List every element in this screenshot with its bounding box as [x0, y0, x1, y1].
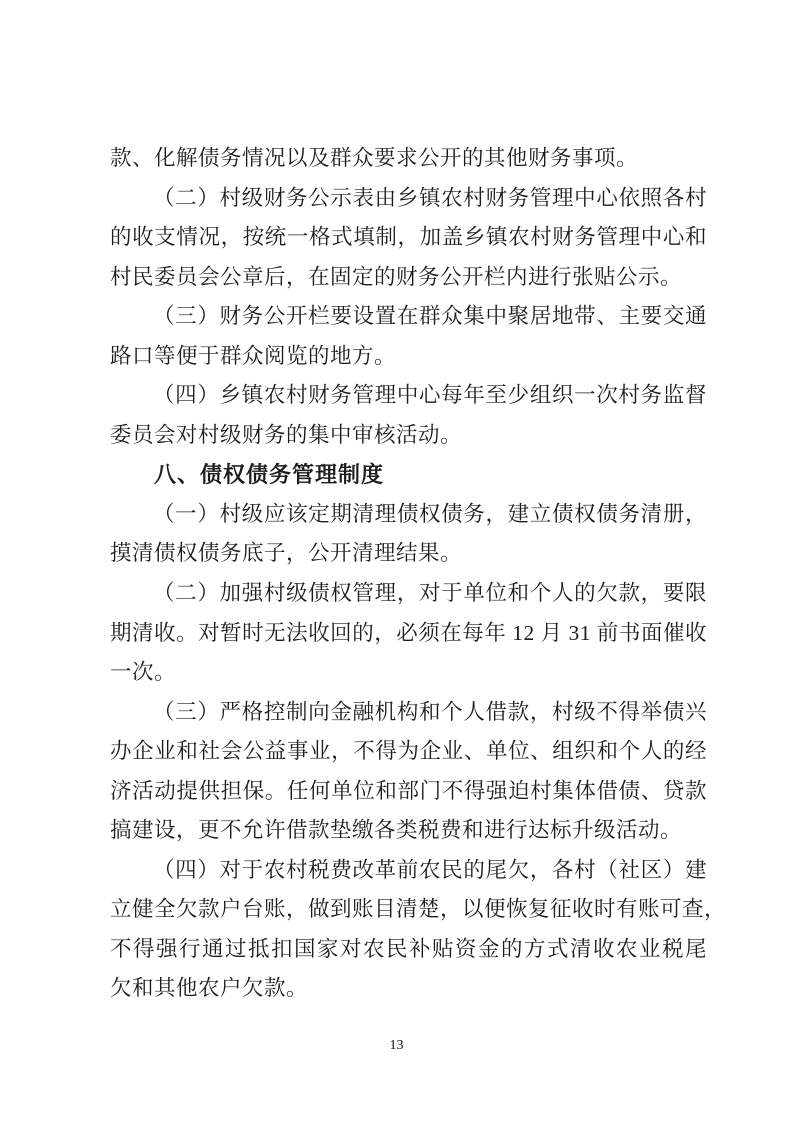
- document-page: 款、化解债务情况以及群众要求公开的其他财务事项。 （二）村级财务公示表由乡镇农村…: [0, 0, 793, 1122]
- section-heading-text: 八、债权债务管理制度: [110, 455, 707, 495]
- text-line: （二）加强村级债权管理，对于单位和个人的欠款，要限: [110, 574, 707, 614]
- text-line: 委员会对村级财务的集中审核活动。: [110, 416, 707, 456]
- text-line: 办企业和社会公益事业，不得为企业、单位、组织和个人的经: [110, 732, 707, 772]
- text-line: 欠和其他农户欠款。: [110, 969, 707, 1009]
- text-line: （三）严格控制向金融机构和个人借款，村级不得举债兴: [110, 693, 707, 733]
- text-line: （四）对于农村税费改革前农民的尾欠，各村（社区）建: [110, 851, 707, 891]
- paragraph: （三）财务公开栏要设置在群众集中聚居地带、主要交通 路口等便于群众阅览的地方。: [110, 297, 707, 376]
- paragraph: （一）村级应该定期清理债权债务，建立债权债务清册， 摸清债权债务底子，公开清理结…: [110, 495, 707, 574]
- text-line: 村民委员会公章后，在固定的财务公开栏内进行张贴公示。: [110, 258, 707, 298]
- text-line: 立健全欠款户台账，做到账目清楚，以便恢复征收时有账可查，: [110, 890, 707, 930]
- text-line: 摸清债权债务底子，公开清理结果。: [110, 534, 707, 574]
- text-line: 济活动提供担保。任何单位和部门不得强迫村集体借债、贷款: [110, 772, 707, 812]
- paragraph: （二）加强村级债权管理，对于单位和个人的欠款，要限 期清收。对暂时无法收回的，必…: [110, 574, 707, 693]
- text-line: 款、化解债务情况以及群众要求公开的其他财务事项。: [110, 139, 707, 179]
- page-number: 13: [390, 1038, 404, 1054]
- text-line: （四）乡镇农村财务管理中心每年至少组织一次村务监督: [110, 376, 707, 416]
- document-body: 款、化解债务情况以及群众要求公开的其他财务事项。 （二）村级财务公示表由乡镇农村…: [110, 139, 707, 1009]
- text-line: （三）财务公开栏要设置在群众集中聚居地带、主要交通: [110, 297, 707, 337]
- section-heading: 八、债权债务管理制度: [110, 455, 707, 495]
- page-footer: 13: [0, 1036, 793, 1054]
- text-line: 的收支情况，按统一格式填制，加盖乡镇农村财务管理中心和: [110, 218, 707, 258]
- text-line: 搞建设，更不允许借款垫缴各类税费和进行达标升级活动。: [110, 811, 707, 851]
- text-line: 不得强行通过抵扣国家对农民补贴资金的方式清收农业税尾: [110, 930, 707, 970]
- text-line: 一次。: [110, 653, 707, 693]
- text-line: 路口等便于群众阅览的地方。: [110, 337, 707, 377]
- paragraph: （二）村级财务公示表由乡镇农村财务管理中心依照各村 的收支情况，按统一格式填制，…: [110, 179, 707, 298]
- text-line: 期清收。对暂时无法收回的，必须在每年 12 月 31 前书面催收: [110, 614, 707, 654]
- paragraph: （四）对于农村税费改革前农民的尾欠，各村（社区）建 立健全欠款户台账，做到账目清…: [110, 851, 707, 1009]
- paragraph: （三）严格控制向金融机构和个人借款，村级不得举债兴 办企业和社会公益事业，不得为…: [110, 693, 707, 851]
- paragraph: 款、化解债务情况以及群众要求公开的其他财务事项。: [110, 139, 707, 179]
- paragraph: （四）乡镇农村财务管理中心每年至少组织一次村务监督 委员会对村级财务的集中审核活…: [110, 376, 707, 455]
- text-line: （二）村级财务公示表由乡镇农村财务管理中心依照各村: [110, 179, 707, 219]
- text-line: （一）村级应该定期清理债权债务，建立债权债务清册，: [110, 495, 707, 535]
